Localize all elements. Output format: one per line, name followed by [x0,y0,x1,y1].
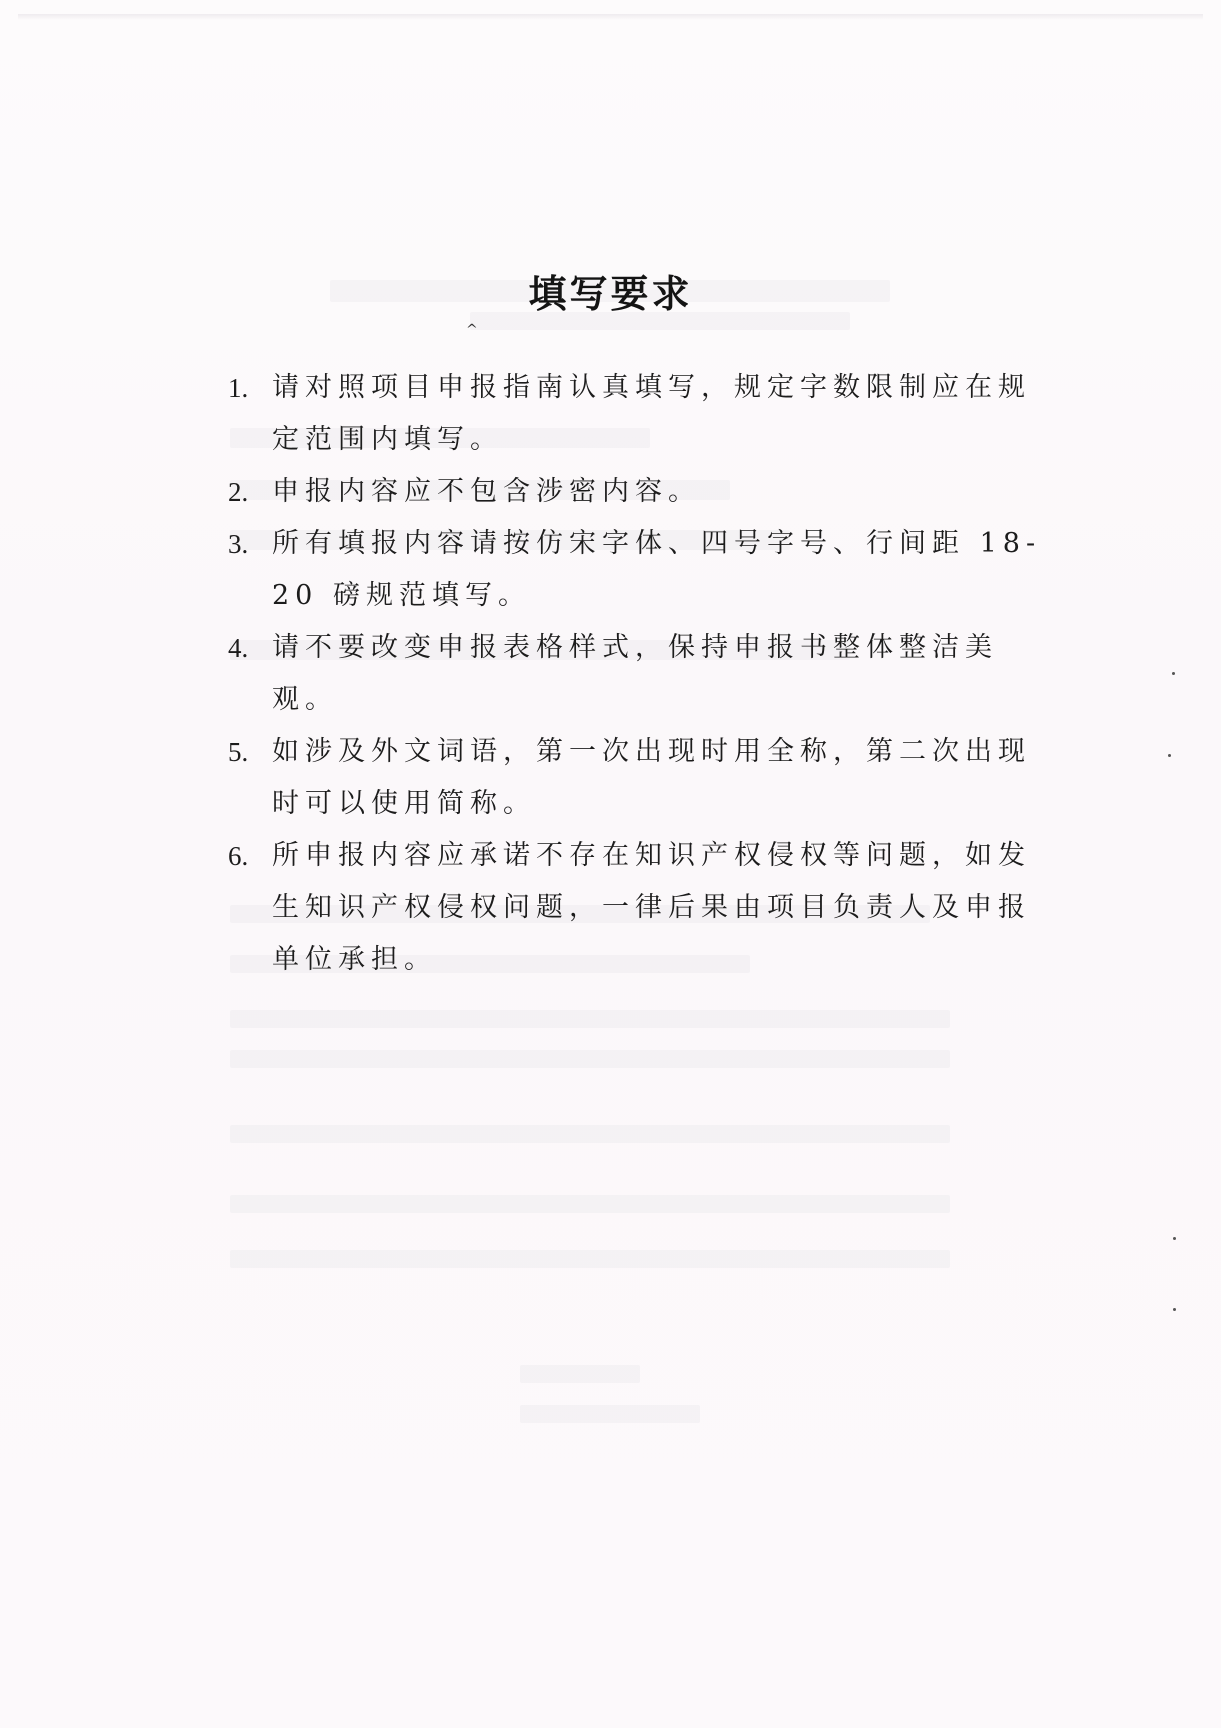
item-text: 请不要改变申报表格样式，保持申报书整体整洁美观。 [272,622,1048,726]
item-number: 4. [228,622,248,674]
requirements-list: 1. 请对照项目申报指南认真填写，规定字数限制应在规定范围内填写。 2. 申报内… [228,362,1048,986]
item-text: 如涉及外文词语，第一次出现时用全称，第二次出现时可以使用简称。 [272,726,1048,830]
list-item: 3. 所有填报内容请按仿宋字体、四号字号、行间距 18-20 磅规范填写。 [228,518,1048,622]
item-text: 所申报内容应承诺不存在知识产权侵权等问题，如发生知识产权侵权问题，一律后果由项目… [272,830,1048,986]
list-item: 2. 申报内容应不包含涉密内容。 [228,466,1048,518]
item-text: 申报内容应不包含涉密内容。 [272,466,1048,518]
scan-speck [1172,672,1175,675]
item-number: 6. [228,830,248,882]
bleed-through [230,1125,950,1143]
scan-edge [18,14,1203,20]
item-text: 请对照项目申报指南认真填写，规定字数限制应在规定范围内填写。 [272,362,1048,466]
item-number: 1. [228,362,248,414]
bleed-through [520,1365,640,1383]
page-title: 填写要求 [0,263,1221,318]
list-item: 1. 请对照项目申报指南认真填写，规定字数限制应在规定范围内填写。 [228,362,1048,466]
bleed-through [230,1050,950,1068]
list-item: 6. 所申报内容应承诺不存在知识产权侵权等问题，如发生知识产权侵权问题，一律后果… [228,830,1048,986]
scan-speck [1168,754,1171,757]
bleed-through [230,1195,950,1213]
scan-speck [1173,1237,1176,1240]
scan-speck [1173,1308,1176,1311]
item-text: 所有填报内容请按仿宋字体、四号字号、行间距 18-20 磅规范填写。 [272,518,1048,622]
bleed-through [520,1405,700,1423]
item-number: 5. [228,726,248,778]
item-number: 3. [228,518,248,570]
scanned-page: 填写要求 ^ 1. 请对照项目申报指南认真填写，规定字数限制应在规定范围内填写。… [0,0,1221,1728]
item-number: 2. [228,466,248,518]
list-item: 4. 请不要改变申报表格样式，保持申报书整体整洁美观。 [228,622,1048,726]
bleed-through [230,1010,950,1028]
insertion-mark: ^ [466,322,478,338]
list-item: 5. 如涉及外文词语，第一次出现时用全称，第二次出现时可以使用简称。 [228,726,1048,830]
bleed-through [230,1250,950,1268]
